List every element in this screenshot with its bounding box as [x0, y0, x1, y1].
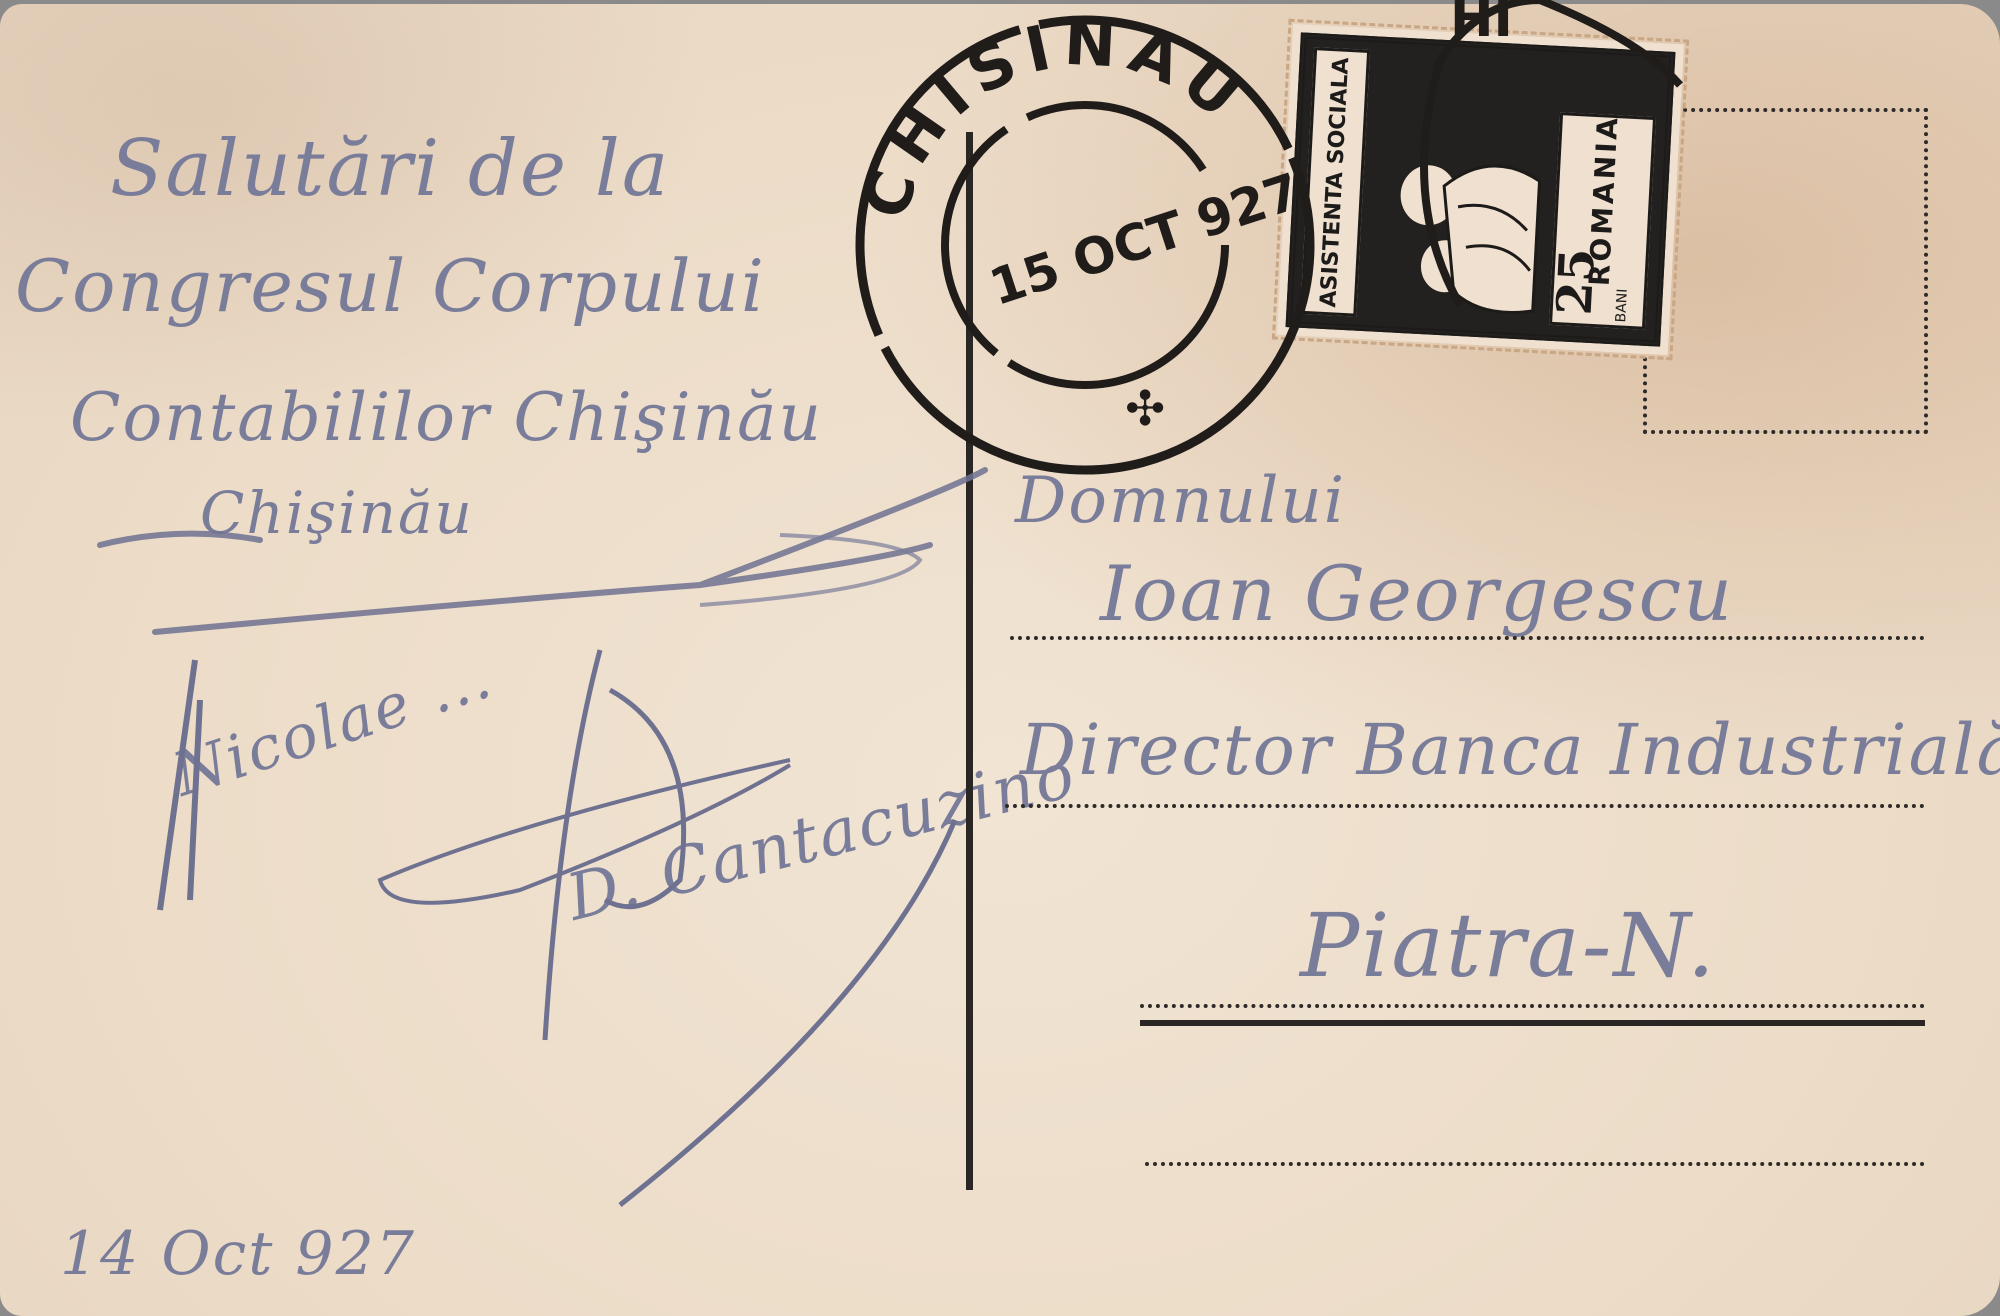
signature-2: D. Cantacuzino — [560, 738, 1083, 936]
address-title: Director Banca Industrială — [1020, 709, 2000, 791]
stamp-side-text: ASISTENTA SOCIALA — [1316, 56, 1354, 307]
date-note: 14 Oct 927 — [60, 1219, 416, 1289]
address-salutation: Domnului — [1015, 464, 1346, 538]
message-line-1: Salutări de la — [110, 124, 670, 214]
stamp-value: 25 — [1547, 247, 1606, 317]
card-divider — [966, 132, 973, 1190]
postcard: Salutări de la Congresul Corpului Contab… — [0, 4, 2000, 1316]
address-dotted-line-2 — [1005, 804, 1925, 808]
message-line-2: Congresul Corpului — [15, 244, 766, 328]
address-dotted-line-1 — [1010, 636, 1925, 640]
stamp-figure-icon — [1382, 113, 1552, 321]
signature-1: Nicolae ... — [165, 642, 501, 811]
address-dotted-line-3 — [1140, 1004, 1925, 1008]
address-name: Ioan Georgescu — [1100, 549, 1734, 638]
stamp-placement-box — [1643, 108, 1928, 434]
message-line-4-struck: Chişinău — [200, 479, 474, 547]
postage-stamp: ASISTENTA SOCIALA ROMANIA 25 BANI — [1277, 24, 1684, 355]
address-solid-line — [1140, 1020, 1925, 1026]
address-city: Piatra-N. — [1300, 894, 1717, 997]
message-line-3: Contabililor Chişinău — [70, 379, 823, 456]
address-dotted-line-4 — [1145, 1162, 1925, 1166]
stamp-unit: BANI — [1613, 288, 1631, 323]
